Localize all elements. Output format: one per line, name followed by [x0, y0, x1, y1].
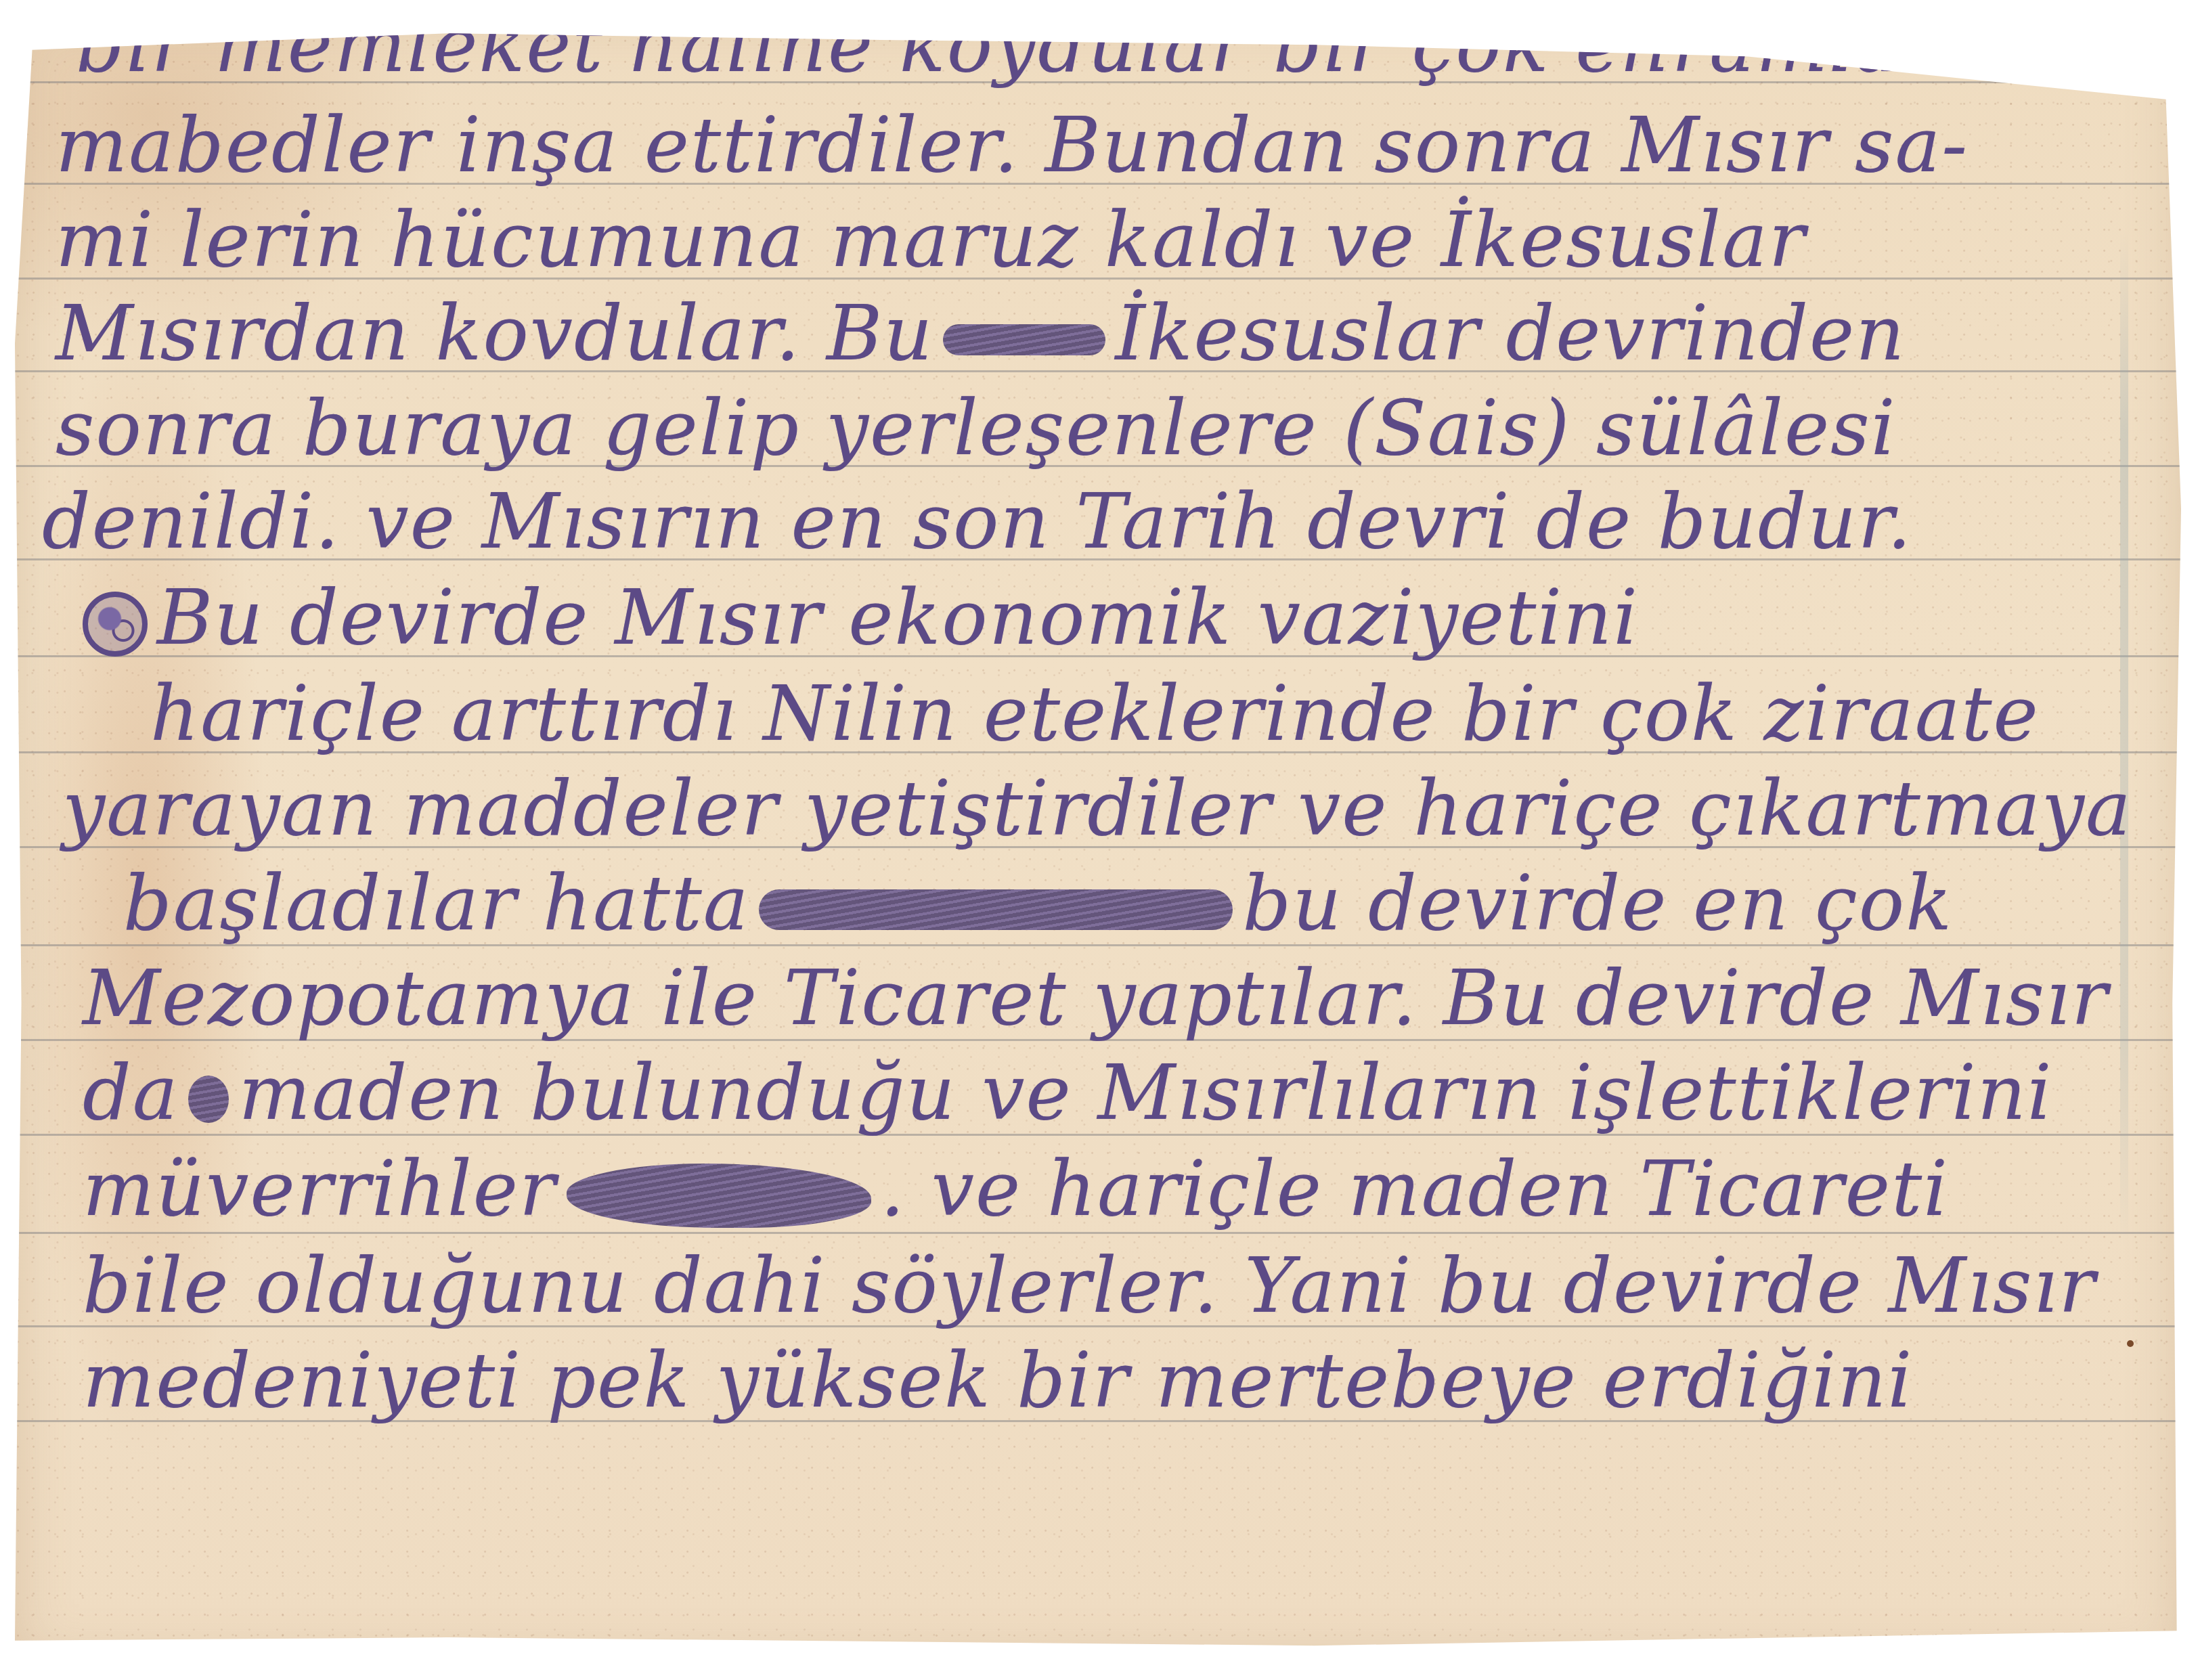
handwritten-page: bir memleket haline koydular bir çok ehr…	[15, 14, 2181, 1664]
ink-speck	[2127, 1340, 2134, 1347]
text-line-14: bile olduğunu dahi söylerler. Yani bu de…	[83, 1242, 2096, 1330]
section-marker-icon	[83, 592, 148, 657]
strikethrough-scribble	[943, 324, 1105, 355]
text-line-12: damaden bulunduğu ve Mısırlıların işlett…	[83, 1049, 2053, 1137]
line-text: sonra buraya gelip yerleşenlere (Sais) s…	[56, 384, 1897, 472]
line-text: denildi. ve Mısırın en son Tarih devri d…	[42, 478, 1912, 566]
text-line-15: medeniyeti pek yüksek bir mertebeye erdi…	[83, 1337, 1913, 1425]
line-text: medeniyeti pek yüksek bir mertebeye erdi…	[83, 1337, 1913, 1425]
text-line-1: bir memleket haline koydular bir çok ehr…	[76, 1, 1939, 89]
text-line-4: Mısırdan kovdular. Buİkesuslar devrinden	[56, 290, 1906, 378]
line-text: İkesuslar devrinden	[1115, 290, 1906, 378]
strikethrough-scribble	[759, 889, 1233, 930]
line-text: yarayan maddeler yetiştirdiler ve hariçe…	[62, 765, 2132, 853]
text-line-3: mi lerin hücumuna maruz kaldı ve İkesusl…	[56, 196, 1806, 284]
ink-blot	[567, 1164, 871, 1228]
text-line-9: yarayan maddeler yetiştirdiler ve hariçe…	[62, 765, 2132, 853]
text-line-6: denildi. ve Mısırın en son Tarih devri d…	[42, 478, 1912, 566]
line-text: Bu devirde Mısır ekonomik vaziyetini	[157, 574, 1639, 662]
line-text: da	[83, 1049, 179, 1137]
line-text: başladılar hatta	[123, 860, 749, 948]
line-text: bu devirde en çok	[1242, 860, 1953, 948]
line-text: Mısırdan kovdular. Bu	[56, 290, 933, 378]
line-text: maden bulunduğu ve Mısırlıların işlettik…	[238, 1049, 2052, 1137]
line-text: hariçle arttırdı Nilin eteklerinde bir ç…	[150, 670, 2040, 758]
text-line-8: hariçle arttırdı Nilin eteklerinde bir ç…	[150, 670, 2040, 758]
line-text: bile olduğunu dahi söylerler. Yani bu de…	[83, 1242, 2096, 1330]
text-line-11: Mezopotamya ile Ticaret yaptılar. Bu dev…	[83, 954, 2109, 1042]
text-line-13: müverrihler. ve hariçle maden Ticareti	[83, 1145, 1949, 1233]
line-text: . ve hariçle maden Ticareti	[881, 1145, 1949, 1233]
text-line-5: sonra buraya gelip yerleşenlere (Sais) s…	[56, 384, 1897, 472]
line-text: mi lerin hücumuna maruz kaldı ve İkesusl…	[56, 196, 1806, 284]
text-line-2: mabedler inşa ettirdiler. Bundan sonra M…	[56, 102, 1969, 190]
line-text: bir memleket haline koydular bir çok ehr…	[76, 1, 1939, 89]
line-text: Mezopotamya ile Ticaret yaptılar. Bu dev…	[83, 954, 2109, 1042]
line-text: mabedler inşa ettirdiler. Bundan sonra M…	[56, 102, 1969, 190]
line-text: müverrihler	[83, 1145, 557, 1233]
faint-margin-mark	[2120, 230, 2128, 1245]
ink-blot	[188, 1076, 229, 1123]
text-line-10: başladılar hattabu devirde en çok	[123, 860, 1953, 948]
